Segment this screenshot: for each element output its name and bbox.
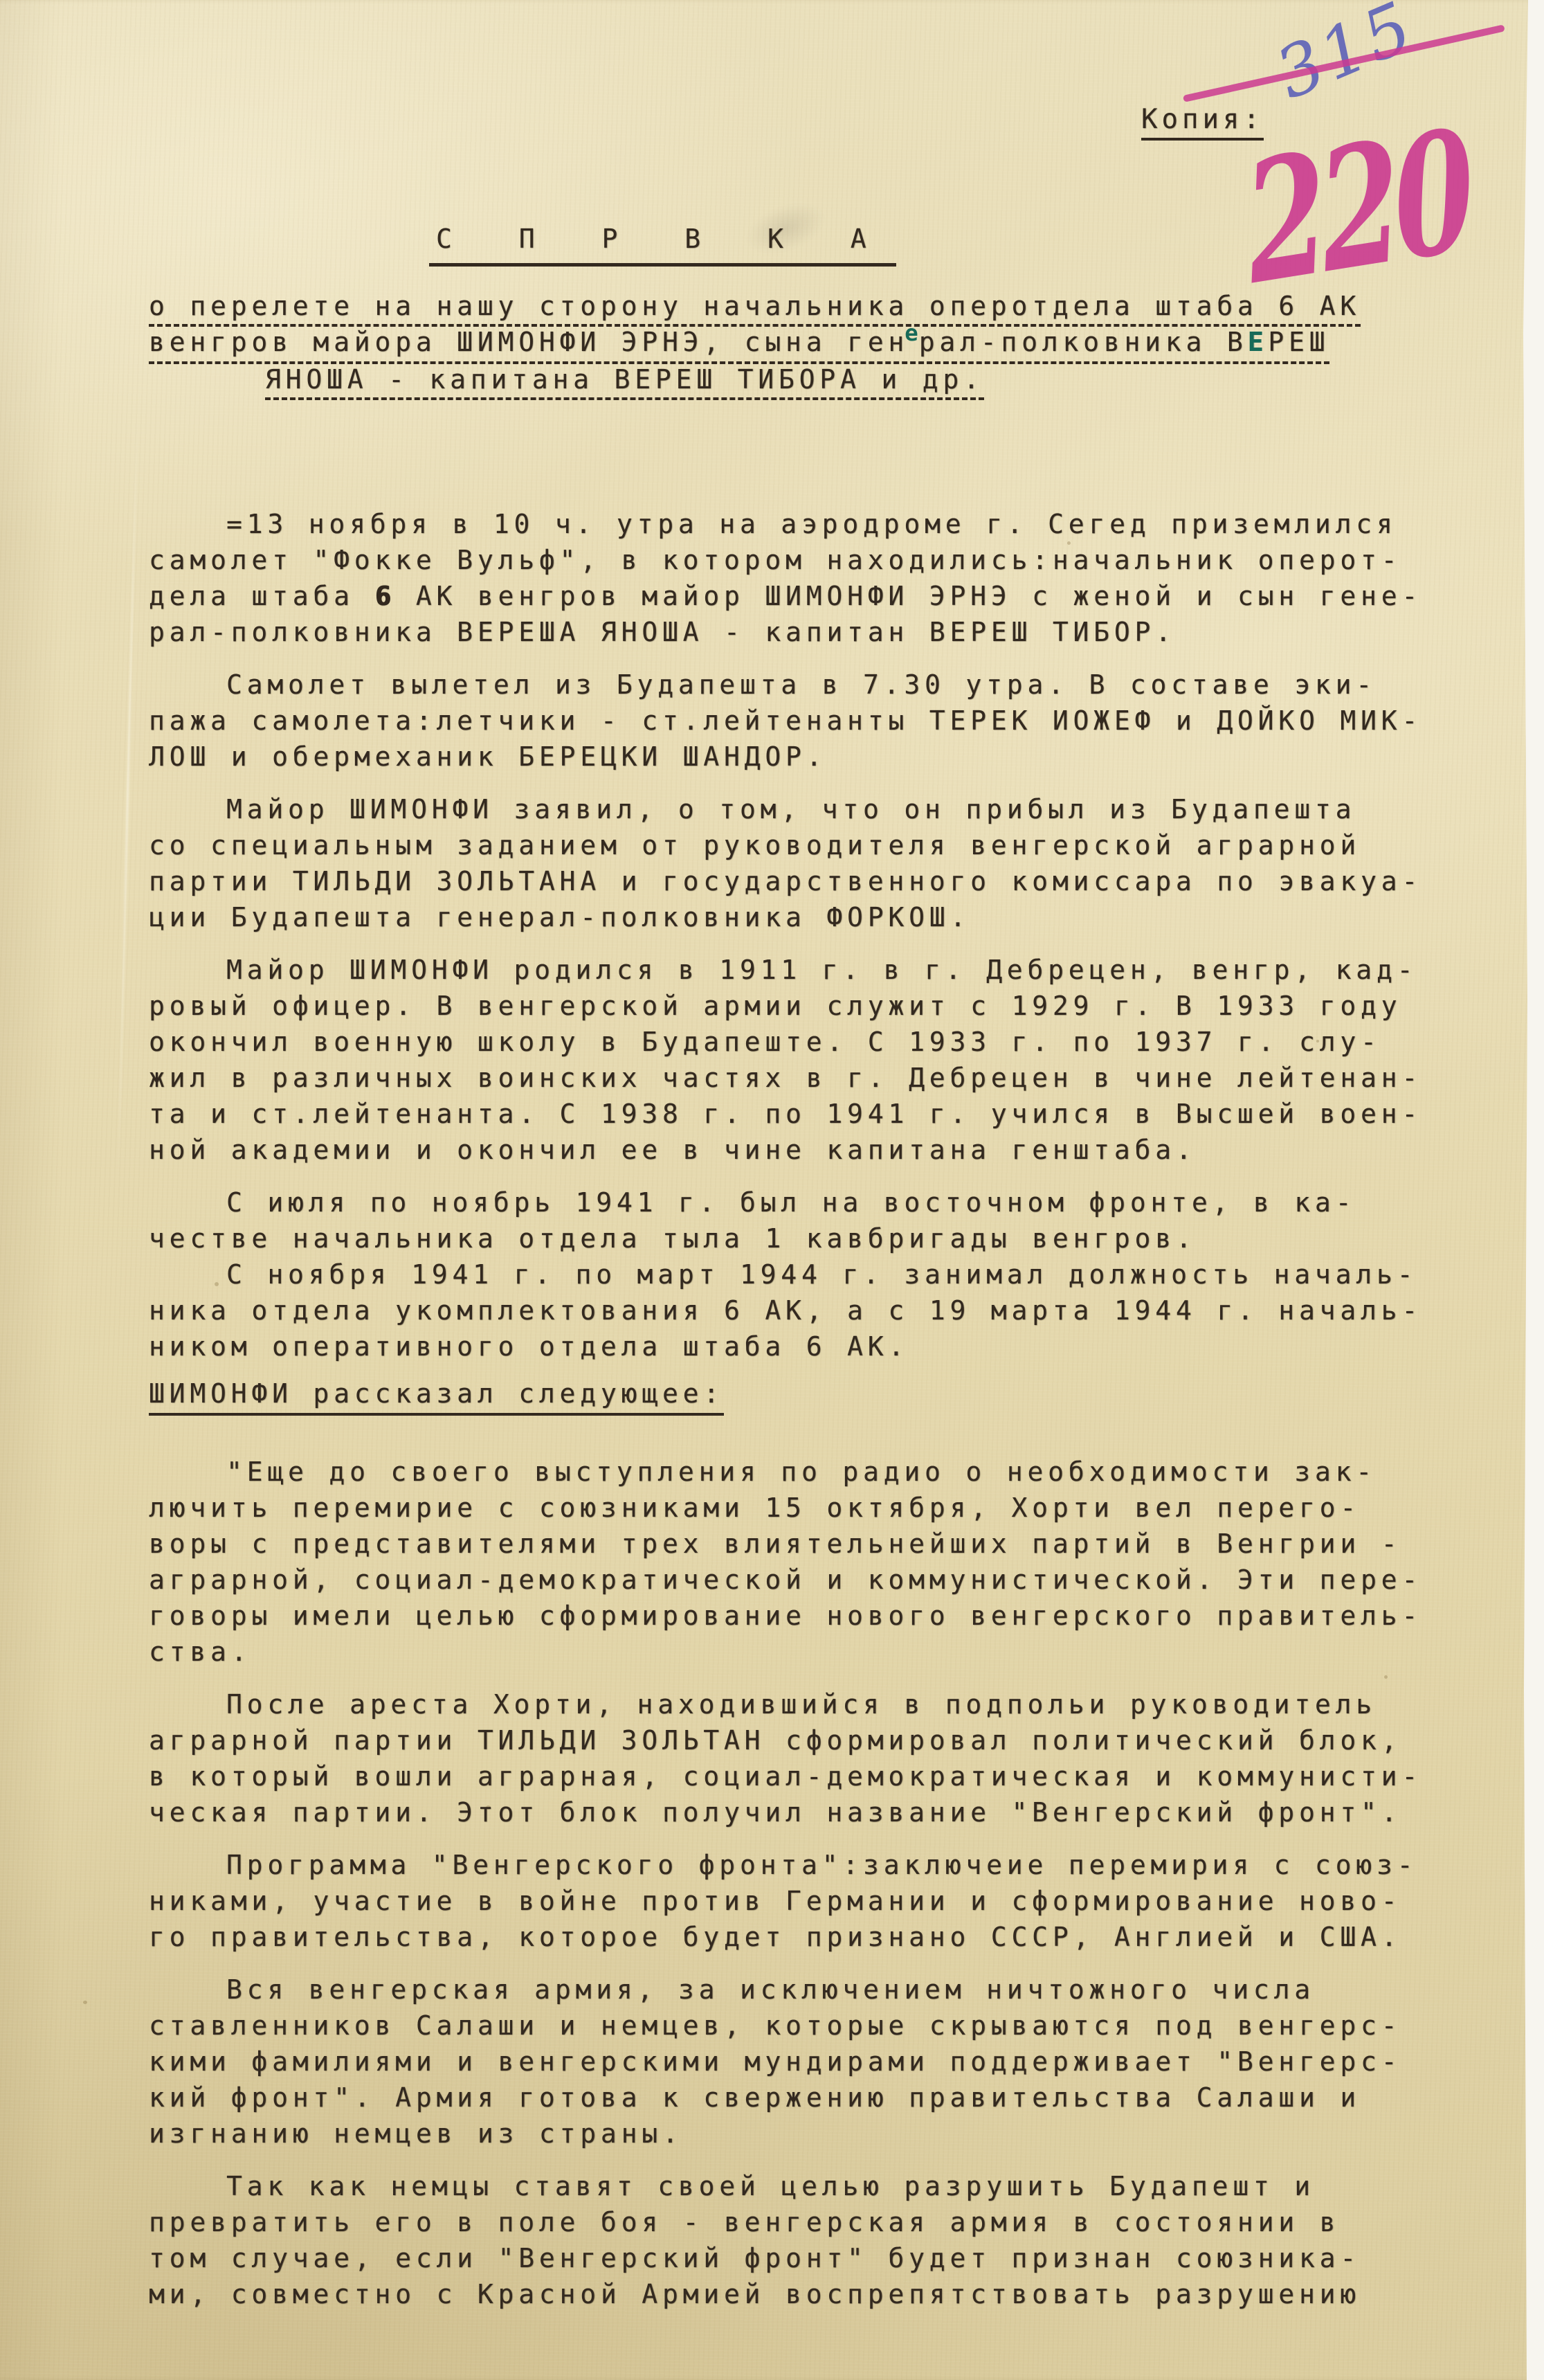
- paragraph: С июля по ноябрь 1941 г. был на восточно…: [149, 1184, 1491, 1256]
- text-line: ЯНОША - капитана ВЕРЕШ ТИБОРА и др.: [265, 365, 984, 400]
- text-segment: о перелете на нашу сторону начальника оп…: [149, 291, 1361, 321]
- text-segment: кими фамилиями и венгерскими мундирами п…: [149, 2046, 1401, 2077]
- text-line: ШИМОНФИ рассказал следующее:: [149, 1377, 724, 1416]
- text-line: рал-полковника ВЕРЕША ЯНОША - капитан ВЕ…: [149, 614, 1491, 650]
- text-line: "Еще до своего выступления по радио о не…: [149, 1454, 1491, 1490]
- text-line: окончил военную школу в Будапеште. С 193…: [149, 1024, 1491, 1060]
- text-line: ной академии и окончил ее в чине капитан…: [149, 1132, 1491, 1168]
- text-segment: С июля по ноябрь 1941 г. был на восточно…: [226, 1187, 1356, 1218]
- document-body: =13 ноября в 10 ч. утра на аэродроме г. …: [149, 506, 1491, 2312]
- paragraph: Так как немцы ставят своей целью разруши…: [149, 2168, 1491, 2312]
- text-line: том случае, если "Венгерский фронт" буде…: [149, 2240, 1491, 2276]
- text-segment: Программа "Венгерского фронта":заключеие…: [226, 1850, 1417, 1880]
- text-line: дела штаба 6 АК венгров майор ШИМОНФИ ЭР…: [149, 578, 1491, 614]
- text-segment: говоры имели целью сформирование нового …: [149, 1601, 1422, 1631]
- text-line: С июля по ноябрь 1941 г. был на восточно…: [149, 1184, 1491, 1220]
- paper-speck: [83, 2001, 87, 2004]
- section-header: ШИМОНФИ рассказал следующее:: [149, 1377, 1491, 1416]
- text-line: Майор ШИМОНФИ заявил, о том, что он приб…: [149, 791, 1491, 827]
- text-segment: самолет "Фокке Вульф", в котором находил…: [149, 545, 1401, 575]
- text-segment: честве начальника отдела тыла 1 кавбрига…: [149, 1223, 1197, 1254]
- text-line: аграрной партии ТИЛЬДИ ЗОЛЬТАН сформиров…: [149, 1722, 1491, 1758]
- typed-document: С П Р В К А о перелете на нашу сторону н…: [149, 0, 1491, 2312]
- text-line: ства.: [149, 1634, 1491, 1670]
- text-line: ческая партии. Этот блок получил названи…: [149, 1794, 1491, 1830]
- text-line: кими фамилиями и венгерскими мундирами п…: [149, 2044, 1491, 2080]
- text-segment: ства.: [149, 1637, 251, 1667]
- paragraph: С ноября 1941 г. по март 1944 г. занимал…: [149, 1256, 1491, 1364]
- text-line: говоры имели целью сформирование нового …: [149, 1598, 1491, 1634]
- document-title: С П Р В К А: [429, 223, 896, 267]
- text-segment: в который вошли аграрная, социал-демокра…: [149, 1761, 1422, 1792]
- text-line: ставленников Салаши и немцев, которые ск…: [149, 2008, 1491, 2044]
- paragraph: =13 ноября в 10 ч. утра на аэродроме г. …: [149, 506, 1491, 650]
- text-line: честве начальника отдела тыла 1 кавбрига…: [149, 1220, 1491, 1256]
- text-segment: РЕШ: [1268, 327, 1329, 357]
- paragraph: Вся венгерская армия, за исключением нич…: [149, 1972, 1491, 2152]
- text-segment: ЯНОША - капитана ВЕРЕШ ТИБОРА и др.: [265, 364, 984, 395]
- text-line: ми, совместно с Красной Армией воспрепят…: [149, 2276, 1491, 2312]
- paragraph: Майор ШИМОНФИ заявил, о том, что он приб…: [149, 791, 1491, 935]
- text-line: ником оперативного отдела штаба 6 АК.: [149, 1328, 1491, 1364]
- text-line: жил в различных воинских частях в г. Деб…: [149, 1060, 1491, 1096]
- paragraph: "Еще до своего выступления по радио о не…: [149, 1454, 1491, 1670]
- text-line: ции Будапешта генерал-полковника ФОРКОШ.: [149, 899, 1491, 935]
- text-segment: изгнанию немцев из страны.: [149, 2118, 683, 2149]
- text-segment: венгров майора ШИМОНФИ ЭРНЭ, сына ген: [149, 327, 909, 357]
- paragraph: Майор ШИМОНФИ родился в 1911 г. в г. Деб…: [149, 952, 1491, 1168]
- paragraph: Самолет вылетел из Будапешта в 7.30 утра…: [149, 667, 1491, 775]
- text-segment: ника отдела укомплектования 6 АК, а с 19…: [149, 1295, 1422, 1326]
- text-segment: ставленников Салаши и немцев, которые ск…: [149, 2010, 1401, 2041]
- text-line: Вся венгерская армия, за исключением нич…: [149, 1972, 1491, 2008]
- text-line: Майор ШИМОНФИ родился в 1911 г. в г. Деб…: [149, 952, 1491, 988]
- text-line: ровый офицер. В венгерской армии служит …: [149, 988, 1491, 1024]
- text-line: партии ТИЛЬДИ ЗОЛЬТАНА и государственног…: [149, 863, 1491, 899]
- text-line: =13 ноября в 10 ч. утра на аэродроме г. …: [149, 506, 1491, 542]
- text-line: ника отдела укомплектования 6 АК, а с 19…: [149, 1292, 1491, 1328]
- text-line: Так как немцы ставят своей целью разруши…: [149, 2168, 1491, 2204]
- paragraph: Программа "Венгерского фронта":заключеие…: [149, 1847, 1491, 1955]
- text-line: воры с представителями трех влиятельнейш…: [149, 1526, 1491, 1562]
- text-line: Программа "Венгерского фронта":заключеие…: [149, 1847, 1491, 1883]
- text-segment: Так как немцы ставят своей целью разруши…: [226, 2171, 1315, 2201]
- text-line: в который вошли аграрная, социал-демокра…: [149, 1758, 1491, 1794]
- text-line: аграрной, социал-демократической и комму…: [149, 1562, 1491, 1598]
- text-segment: кий фронт". Армия готова к свержению пра…: [149, 2082, 1361, 2113]
- text-segment: ником оперативного отдела штаба 6 АК.: [149, 1331, 909, 1362]
- text-segment: После ареста Хорти, находившийся в подпо…: [226, 1689, 1377, 1720]
- paragraph: После ареста Хорти, находившийся в подпо…: [149, 1686, 1491, 1830]
- text-segment: аграрной партии ТИЛЬДИ ЗОЛЬТАН сформиров…: [149, 1725, 1401, 1756]
- text-segment: Самолет вылетел из Будапешта в 7.30 утра…: [226, 669, 1377, 700]
- text-line: ЛОШ и обермеханик БЕРЕЦКИ ШАНДОР.: [149, 739, 1491, 775]
- text-line: никами, участие в войне против Германии …: [149, 1883, 1491, 1919]
- text-segment: ми, совместно с Красной Армией воспрепят…: [149, 2279, 1361, 2309]
- text-line: После ареста Хорти, находившийся в подпо…: [149, 1686, 1491, 1722]
- text-segment: Майор ШИМОНФИ родился в 1911 г. в г. Деб…: [226, 955, 1417, 985]
- text-segment: ции Будапешта генерал-полковника ФОРКОШ.: [149, 902, 970, 932]
- text-segment: превратить его в поле боя - венгерская а…: [149, 2207, 1340, 2237]
- text-segment: =13 ноября в 10 ч. утра на аэродроме г. …: [226, 509, 1397, 539]
- text-segment: воры с представителями трех влиятельнейш…: [149, 1529, 1401, 1559]
- text-line: пажа самолета:летчики - ст.лейтенанты ТЕ…: [149, 703, 1491, 739]
- text-line: кий фронт". Армия готова к свержению пра…: [149, 2080, 1491, 2116]
- text-segment: Майор ШИМОНФИ заявил, о том, что он приб…: [226, 794, 1356, 824]
- text-segment: жил в различных воинских частях в г. Деб…: [149, 1063, 1422, 1093]
- text-line: лючить перемирие с союзниками 15 октября…: [149, 1490, 1491, 1526]
- text-line: изгнанию немцев из страны.: [149, 2116, 1491, 2152]
- text-segment: ШИМОНФИ рассказал следующее:: [149, 1378, 724, 1409]
- text-line: та и ст.лейтенанта. С 1938 г. по 1941 г.…: [149, 1096, 1491, 1132]
- handwritten-overwrite: Е: [1248, 327, 1269, 357]
- text-segment: лючить перемирие с союзниками 15 октября…: [149, 1493, 1361, 1523]
- text-segment: никами, участие в войне против Германии …: [149, 1886, 1401, 1916]
- text-segment: ЛОШ и обермеханик БЕРЕЦКИ ШАНДОР.: [149, 741, 826, 772]
- text-segment: рал-полковника В: [919, 327, 1248, 357]
- handwritten-insertion: е: [905, 318, 923, 348]
- text-segment: ровый офицер. В венгерской армии служит …: [149, 991, 1401, 1021]
- paper-crease: [118, 415, 138, 1177]
- text-segment: рал-полковника ВЕРЕША ЯНОША - капитан ВЕ…: [149, 617, 1176, 647]
- text-line: Самолет вылетел из Будапешта в 7.30 утра…: [149, 667, 1491, 703]
- document-subtitle: о перелете на нашу сторону начальника оп…: [149, 291, 1491, 400]
- text-line: со специальным заданием от руководителя …: [149, 827, 1491, 863]
- text-line: превратить его в поле боя - венгерская а…: [149, 2204, 1491, 2240]
- text-segment: та и ст.лейтенанта. С 1938 г. по 1941 г.…: [149, 1099, 1422, 1129]
- text-segment: АК венгров майор ШИМОНФИ ЭРНЭ с женой и …: [395, 581, 1422, 611]
- text-segment: том случае, если "Венгерский фронт" буде…: [149, 2243, 1361, 2273]
- text-segment: го правительства, которое будет признано…: [149, 1922, 1401, 1952]
- text-line: венгров майора ШИМОНФИ ЭРНЭ, сына генера…: [149, 327, 1329, 364]
- text-segment: партии ТИЛЬДИ ЗОЛЬТАНА и государственног…: [149, 866, 1422, 896]
- overstruck-text: 6: [374, 581, 395, 611]
- text-segment: окончил военную школу в Будапеште. С 193…: [149, 1027, 1381, 1057]
- text-line: го правительства, которое будет признано…: [149, 1919, 1491, 1955]
- text-line: самолет "Фокке Вульф", в котором находил…: [149, 542, 1491, 578]
- text-segment: "Еще до своего выступления по радио о не…: [226, 1457, 1377, 1487]
- text-line: С ноября 1941 г. по март 1944 г. занимал…: [149, 1256, 1491, 1292]
- text-segment: ческая партии. Этот блок получил названи…: [149, 1797, 1401, 1828]
- text-segment: дела штаба: [149, 581, 374, 611]
- text-segment: пажа самолета:летчики - ст.лейтенанты ТЕ…: [149, 705, 1422, 736]
- text-line: о перелете на нашу сторону начальника оп…: [149, 291, 1361, 327]
- text-segment: Вся венгерская армия, за исключением нич…: [226, 1974, 1315, 2005]
- text-segment: ной академии и окончил ее в чине капитан…: [149, 1135, 1197, 1165]
- text-segment: аграрной, социал-демократической и комму…: [149, 1565, 1422, 1595]
- text-segment: со специальным заданием от руководителя …: [149, 830, 1361, 860]
- scanned-document-sheet: 315 Копия: 220 С П Р В К А о перелете на…: [0, 0, 1544, 2380]
- text-segment: С ноября 1941 г. по март 1944 г. занимал…: [226, 1259, 1417, 1290]
